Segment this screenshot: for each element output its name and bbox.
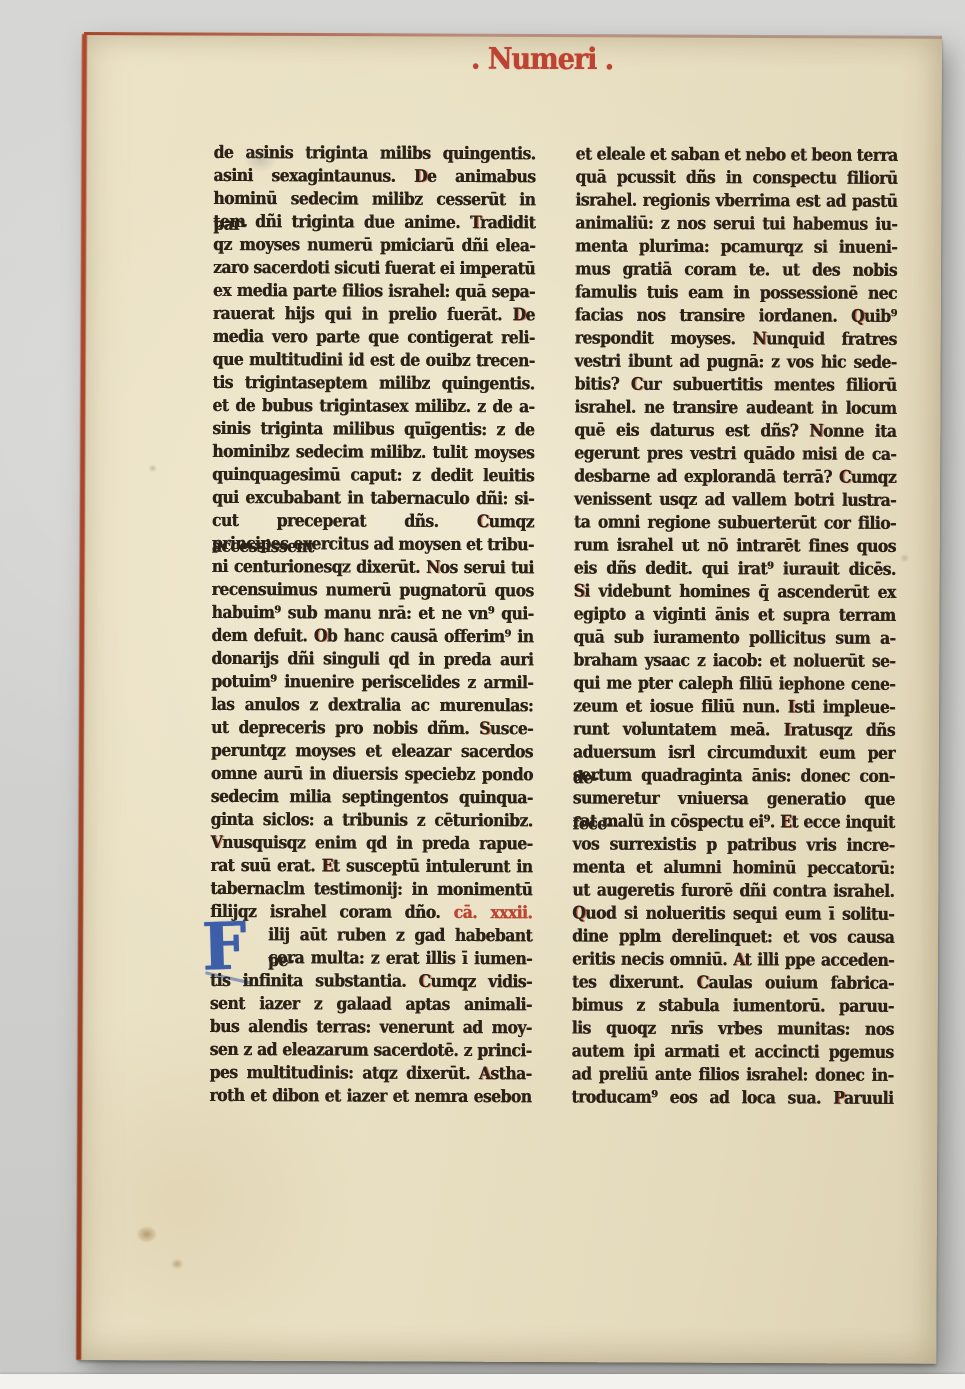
paragraph-block: et eleale et saban et nebo et beon terra… bbox=[571, 142, 897, 1109]
stain bbox=[171, 1258, 184, 1269]
running-title: . Numeri . bbox=[454, 42, 630, 77]
paragraph-with-initial: F ilij aūt ruben z gad habebant pe-cora … bbox=[210, 923, 532, 970]
stain bbox=[900, 554, 910, 563]
text-column-left: de asinis triginta milibs quingentis.asi… bbox=[209, 141, 535, 1108]
photo-mat-strip bbox=[0, 1374, 965, 1389]
paragraph-block: ilij aūt ruben z gad habebant pe-cora mu… bbox=[210, 923, 532, 970]
stain bbox=[137, 1226, 157, 1242]
paragraph-block: tis infinita substantia. Cumqz vidis-sen… bbox=[209, 969, 532, 1108]
photo-backdrop: . Numeri . de asinis triginta milibs qui… bbox=[0, 0, 965, 1389]
page-red-edge bbox=[76, 34, 87, 1360]
paragraph-block: de asinis triginta milibs quingentis.asi… bbox=[210, 141, 535, 901]
page-top-edge bbox=[84, 32, 942, 39]
text-line: troducam⁹ eos ad loca sua. Paruuli bbox=[571, 1083, 893, 1110]
manuscript-page: . Numeri . de asinis triginta milibs qui… bbox=[78, 34, 942, 1364]
stain bbox=[148, 464, 157, 472]
chapter-rubric: cā. xxxii. bbox=[453, 901, 532, 923]
text-line: roth et dibon et iazer et nemra esebon bbox=[209, 1082, 531, 1109]
text-column-right: et eleale et saban et nebo et beon terra… bbox=[571, 142, 897, 1109]
